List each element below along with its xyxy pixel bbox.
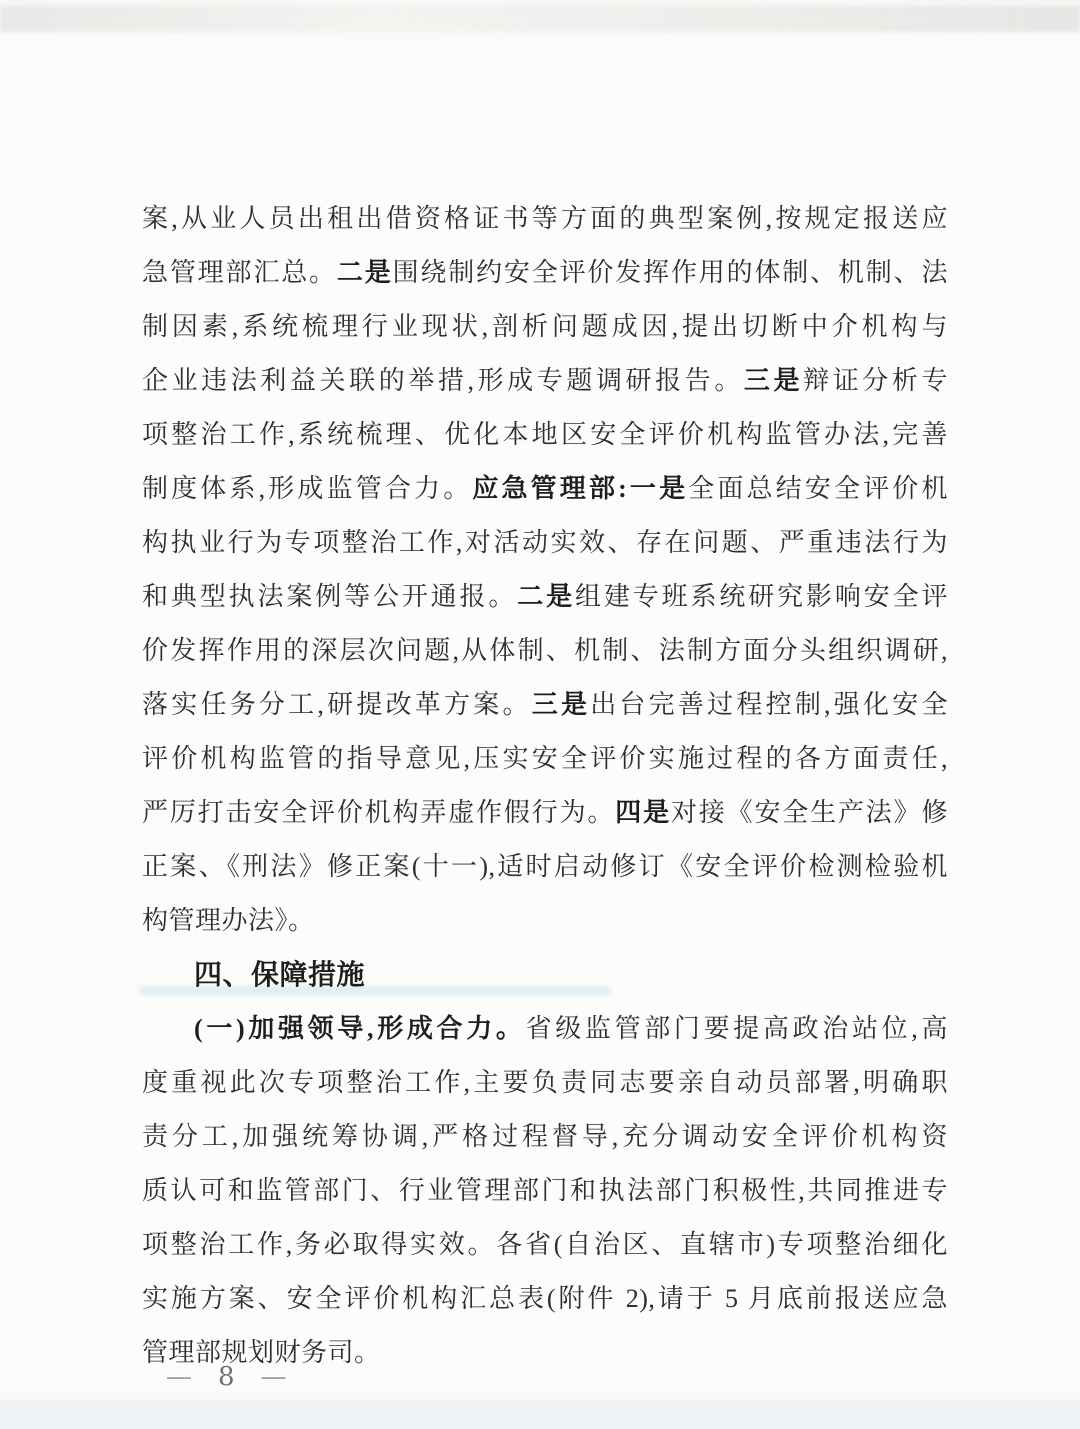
emphasis-text: 应急管理部:一是 bbox=[472, 474, 688, 503]
scan-artifact-bottom bbox=[0, 1400, 1080, 1429]
body-text: 组建专班系统研究影响安全评 bbox=[575, 582, 948, 611]
emphasis-text: 二是 bbox=[517, 582, 575, 611]
emphasis-text: 三是 bbox=[744, 366, 803, 395]
body-text: 对接《安全生产法》修 bbox=[671, 798, 948, 827]
text-line: 度重视此次专项整治工作,主要负责同志要亲自动员部署,明确职 bbox=[142, 1056, 948, 1110]
text-line: 严厉打击安全评价机构弄虚作假行为。四是对接《安全生产法》修 bbox=[142, 786, 948, 840]
body-text: 评价机构监管的指导意见,压实安全评价实施过程的各方面责任, bbox=[142, 744, 948, 773]
body-text: 正案、《刑法》修正案(十一),适时启动修订《安全评价检测检验机 bbox=[142, 852, 948, 881]
text-line: 落实任务分工,研提改革方案。三是出台完善过程控制,强化安全 bbox=[142, 678, 948, 732]
body-text: 价发挥作用的深层次问题,从体制、机制、法制方面分头组织调研, bbox=[142, 636, 948, 665]
body-text: 责分工,加强统筹协调,严格过程督导,充分调动安全评价机构资 bbox=[142, 1122, 948, 1151]
body-text: 构执业行为专项整治工作,对活动实效、存在问题、严重违法行为 bbox=[142, 528, 948, 557]
body-text: 落实任务分工,研提改革方案。 bbox=[142, 690, 532, 719]
scan-artifact-top bbox=[0, 6, 1080, 32]
body-text: 辩证分析专 bbox=[803, 366, 948, 395]
body-text: 度重视此次专项整治工作,主要负责同志要亲自动员部署,明确职 bbox=[142, 1068, 948, 1097]
text-line: 案,从业人员出租出借资格证书等方面的典型案例,按规定报送应 bbox=[142, 192, 948, 246]
text-line: 构管理办法》。 bbox=[142, 894, 948, 948]
text-line: 企业违法利益关联的举措,形成专题调研报告。三是辩证分析专 bbox=[142, 354, 948, 408]
section-heading: 四、保障措施 bbox=[142, 948, 948, 1002]
emphasis-text: (一)加强领导,形成合力。 bbox=[194, 1014, 526, 1043]
text-line: 实施方案、安全评价机构汇总表(附件 2),请于 5 月底前报送应急 bbox=[142, 1272, 948, 1326]
body-text: 和典型执法案例等公开通报。 bbox=[142, 582, 517, 611]
body-text: 项整治工作,系统梳理、优化本地区安全评价机构监管办法,完善 bbox=[142, 420, 948, 449]
page-footer: — 8 — bbox=[166, 1362, 287, 1392]
text-line: (一)加强领导,形成合力。省级监管部门要提高政治站位,高 bbox=[142, 1002, 948, 1056]
body-text: 全面总结安全评价机 bbox=[688, 474, 948, 503]
body-text: 企业违法利益关联的举措,形成专题调研报告。 bbox=[142, 366, 744, 395]
text-line: 构执业行为专项整治工作,对活动实效、存在问题、严重违法行为 bbox=[142, 516, 948, 570]
body-text: 围绕制约安全评价发挥作用的体制、机制、法 bbox=[393, 258, 948, 287]
body-text: 质认可和监管部门、行业管理部门和执法部门积极性,共同推进专 bbox=[142, 1176, 948, 1205]
body-text: 项整治工作,务必取得实效。各省(自治区、直辖市)专项整治细化 bbox=[142, 1230, 948, 1259]
document-page: 案,从业人员出租出借资格证书等方面的典型案例,按规定报送应急管理部汇总。二是围绕… bbox=[0, 0, 1080, 1429]
body-text: 严厉打击安全评价机构弄虚作假行为。 bbox=[142, 798, 615, 827]
body-text: 制因素,系统梳理行业现状,剖析问题成因,提出切断中介机构与 bbox=[142, 312, 948, 341]
page-number: 8 bbox=[218, 1362, 235, 1392]
body-text: 案,从业人员出租出借资格证书等方面的典型案例,按规定报送应 bbox=[142, 204, 948, 233]
footer-right-dash: — bbox=[261, 1362, 287, 1392]
text-line: 质认可和监管部门、行业管理部门和执法部门积极性,共同推进专 bbox=[142, 1164, 948, 1218]
text-line: 正案、《刑法》修正案(十一),适时启动修订《安全评价检测检验机 bbox=[142, 840, 948, 894]
text-line: 项整治工作,系统梳理、优化本地区安全评价机构监管办法,完善 bbox=[142, 408, 948, 462]
body-text: 省级监管部门要提高政治站位,高 bbox=[526, 1014, 948, 1043]
text-block: 案,从业人员出租出借资格证书等方面的典型案例,按规定报送应急管理部汇总。二是围绕… bbox=[142, 192, 948, 1380]
text-line: 项整治工作,务必取得实效。各省(自治区、直辖市)专项整治细化 bbox=[142, 1218, 948, 1272]
text-line: 价发挥作用的深层次问题,从体制、机制、法制方面分头组织调研, bbox=[142, 624, 948, 678]
text-line: 制度体系,形成监管合力。应急管理部:一是全面总结安全评价机 bbox=[142, 462, 948, 516]
emphasis-text: 四是 bbox=[615, 798, 671, 827]
body-text: 急管理部汇总。 bbox=[142, 258, 337, 287]
text-line: 责分工,加强统筹协调,严格过程督导,充分调动安全评价机构资 bbox=[142, 1110, 948, 1164]
body-text: 出台完善过程控制,强化安全 bbox=[590, 690, 948, 719]
emphasis-text: 三是 bbox=[532, 690, 590, 719]
body-text: 构管理办法》。 bbox=[142, 906, 315, 935]
text-line: 评价机构监管的指导意见,压实安全评价实施过程的各方面责任, bbox=[142, 732, 948, 786]
text-line: 制因素,系统梳理行业现状,剖析问题成因,提出切断中介机构与 bbox=[142, 300, 948, 354]
body-text: 制度体系,形成监管合力。 bbox=[142, 474, 472, 503]
emphasis-text: 二是 bbox=[337, 258, 393, 287]
footer-left-dash: — bbox=[166, 1362, 192, 1392]
text-line: 和典型执法案例等公开通报。二是组建专班系统研究影响安全评 bbox=[142, 570, 948, 624]
body-text: 实施方案、安全评价机构汇总表(附件 2),请于 5 月底前报送应急 bbox=[142, 1284, 948, 1313]
text-line: 急管理部汇总。二是围绕制约安全评价发挥作用的体制、机制、法 bbox=[142, 246, 948, 300]
emphasis-text: 四、保障措施 bbox=[194, 959, 365, 990]
